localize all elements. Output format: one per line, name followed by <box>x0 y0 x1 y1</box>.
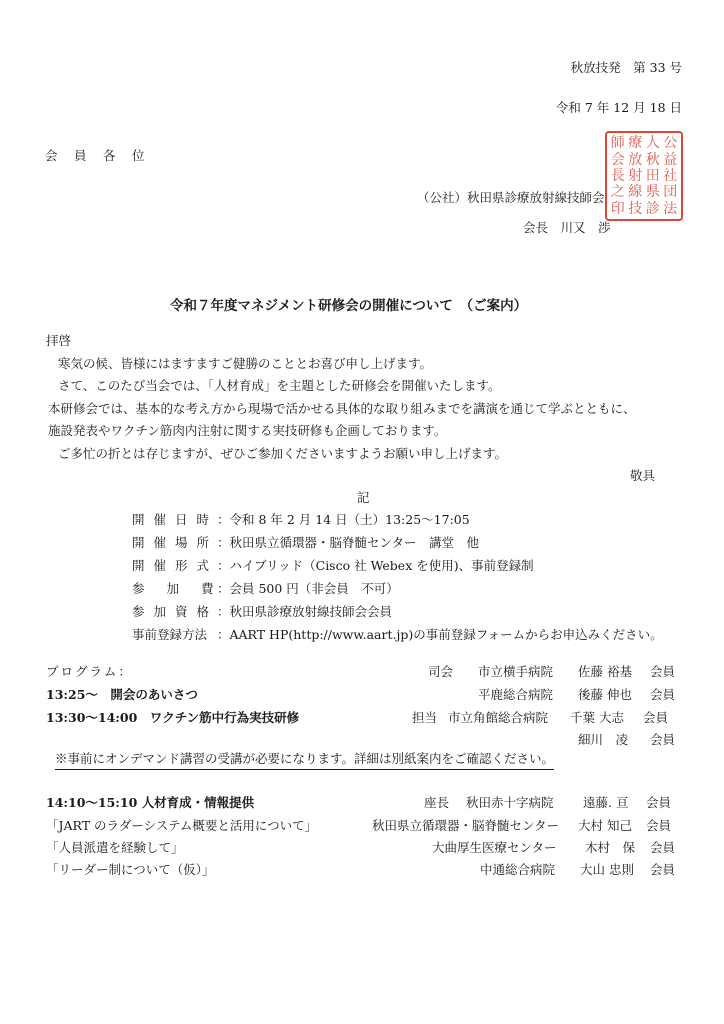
value-eligibility: ：秋田県診療放射線技師会会員 <box>217 606 392 619</box>
talk-3-name: 大山 忠則 <box>580 864 634 877</box>
session-vaccine-name: 千葉 大志 <box>570 712 624 725</box>
session-opening: 13:25〜 開会のあいさつ <box>46 689 198 702</box>
document-title: 令和７年度マネジメント研修会の開催について （ご案内） <box>170 300 527 314</box>
label-registration: 事前登録方法 <box>132 629 207 642</box>
seal-character: 療 <box>627 135 645 151</box>
talk-2-hospital: 大曲厚生医療センター <box>432 842 557 855</box>
session-vaccine-hospital: 市立角館総合病院 <box>448 712 548 725</box>
mc-title: 会員 <box>650 666 675 679</box>
session-vaccine-extra-title: 会員 <box>650 734 675 747</box>
opening-greeting: 拝啓 <box>46 335 71 348</box>
details-heading: 記 <box>357 492 370 505</box>
body-line-4: 施設発表やワクチン筋肉内注射に関する実技研修も企画しております。 <box>48 425 446 438</box>
session-opening-hospital: 平鹿総合病院 <box>478 689 553 702</box>
seal-character: 師 <box>609 135 627 151</box>
session-hr-title: 会員 <box>646 797 671 810</box>
label-date-time: 開催日時 <box>132 514 218 527</box>
session-vaccine: 13:30〜14:00 ワクチン筋中行為実技研修 <box>46 712 299 725</box>
talk-3-topic: 「リーダー制について（仮）」 <box>46 864 215 877</box>
talk-2-name: 木村 保 <box>585 842 635 855</box>
talk-2-title: 会員 <box>650 842 675 855</box>
seal-character: 診 <box>644 201 662 217</box>
mc-name: 佐藤 裕基 <box>578 666 632 679</box>
seal-character: 人 <box>644 135 662 151</box>
seal-character: 社 <box>662 168 680 184</box>
session-opening-title: 会員 <box>650 689 675 702</box>
program-label: プログラム： <box>46 666 133 679</box>
session-hr-role: 座長 <box>424 797 449 810</box>
value-date-time: ：令和 8 年 2 月 14 日（土）13:25〜17:05 <box>217 514 470 527</box>
official-seal: 公益社団法人秋田県診療放射線技師会長之印 <box>605 131 683 221</box>
document-number: 秋放技発 第 33 号 <box>571 62 682 75</box>
seal-character: 会 <box>609 151 627 167</box>
seal-character: 印 <box>609 201 627 217</box>
seal-character: 公 <box>662 135 680 151</box>
session-hr: 14:10〜15:10 人材育成・情報提供 <box>46 797 254 810</box>
seal-character: 射 <box>627 168 645 184</box>
session-hr-name: 遠藤. 亘 <box>583 797 628 810</box>
organization-name: （公社）秋田県診療放射線技師会 <box>417 192 605 205</box>
seal-character: 秋 <box>644 151 662 167</box>
president-name: 会長 川又 渉 <box>523 222 611 235</box>
seal-character: 益 <box>662 151 680 167</box>
value-fee: ：会員 500 円（非会員 不可） <box>217 583 399 596</box>
body-line-1: 寒気の候、皆様にはますますご健勝のこととお喜び申し上げます。 <box>58 358 432 371</box>
label-format: 開催形式 <box>132 560 218 573</box>
talk-3-hospital: 中通総合病院 <box>480 864 555 877</box>
talk-1-title: 会員 <box>646 820 671 833</box>
label-eligibility: 参加資格 <box>132 606 218 619</box>
seal-character: 長 <box>609 168 627 184</box>
talk-1-name: 大村 知己 <box>578 820 632 833</box>
seal-character: 之 <box>609 184 627 200</box>
mc-role: 司会 <box>428 666 453 679</box>
body-line-5: ご多忙の折とは存じますが、ぜひご参加くださいますようお願い申し上げます。 <box>58 448 507 461</box>
seal-character: 県 <box>644 184 662 200</box>
seal-character: 法 <box>662 201 680 217</box>
talk-3-title: 会員 <box>650 864 675 877</box>
value-format: ：ハイブリッド（Cisco 社 Webex を使用)、事前登録制 <box>217 560 534 573</box>
session-vaccine-title: 会員 <box>643 712 668 725</box>
closing-keigu: 敬具 <box>630 470 655 483</box>
seal-character: 田 <box>644 168 662 184</box>
mc-hospital: 市立横手病院 <box>478 666 553 679</box>
session-vaccine-extra-name: 細川 凌 <box>578 734 628 747</box>
talk-1-topic: 「JART のラダーシステム概要と活用について」 <box>46 820 317 833</box>
seal-character: 放 <box>627 151 645 167</box>
seal-character: 線 <box>627 184 645 200</box>
label-venue: 開催場所 <box>132 537 218 550</box>
session-vaccine-role: 担当 <box>412 712 437 725</box>
session-opening-name: 後藤 伸也 <box>578 689 632 702</box>
session-vaccine-note: ※事前にオンデマンド講習の受講が必要になります。詳細は別紙案内をご確認ください。 <box>55 753 554 770</box>
talk-1-hospital: 秋田県立循環器・脳脊髄センター <box>372 820 559 833</box>
talk-2-topic: 「人員派遣を経験して」 <box>46 842 184 855</box>
value-venue: ：秋田県立循環器・脳脊髄センター 講堂 他 <box>217 537 479 550</box>
issue-date: 令和 7 年 12 月 18 日 <box>556 102 682 115</box>
value-registration: ：AART HP(http://www.aart.jp)の事前登録フォームからお… <box>217 629 663 642</box>
session-hr-hospital: 秋田赤十字病院 <box>466 797 554 810</box>
addressee: 会 員 各 位 <box>45 150 147 163</box>
seal-character: 団 <box>662 184 680 200</box>
seal-character: 技 <box>627 201 645 217</box>
body-line-3: 本研修会では、基本的な考え方から現場で活かせる具体的な取り組みまでを講演を通じて… <box>48 403 636 416</box>
body-line-2: さて、このたび当会では、「人材育成」を主題とした研修会を開催いたします。 <box>58 380 501 393</box>
